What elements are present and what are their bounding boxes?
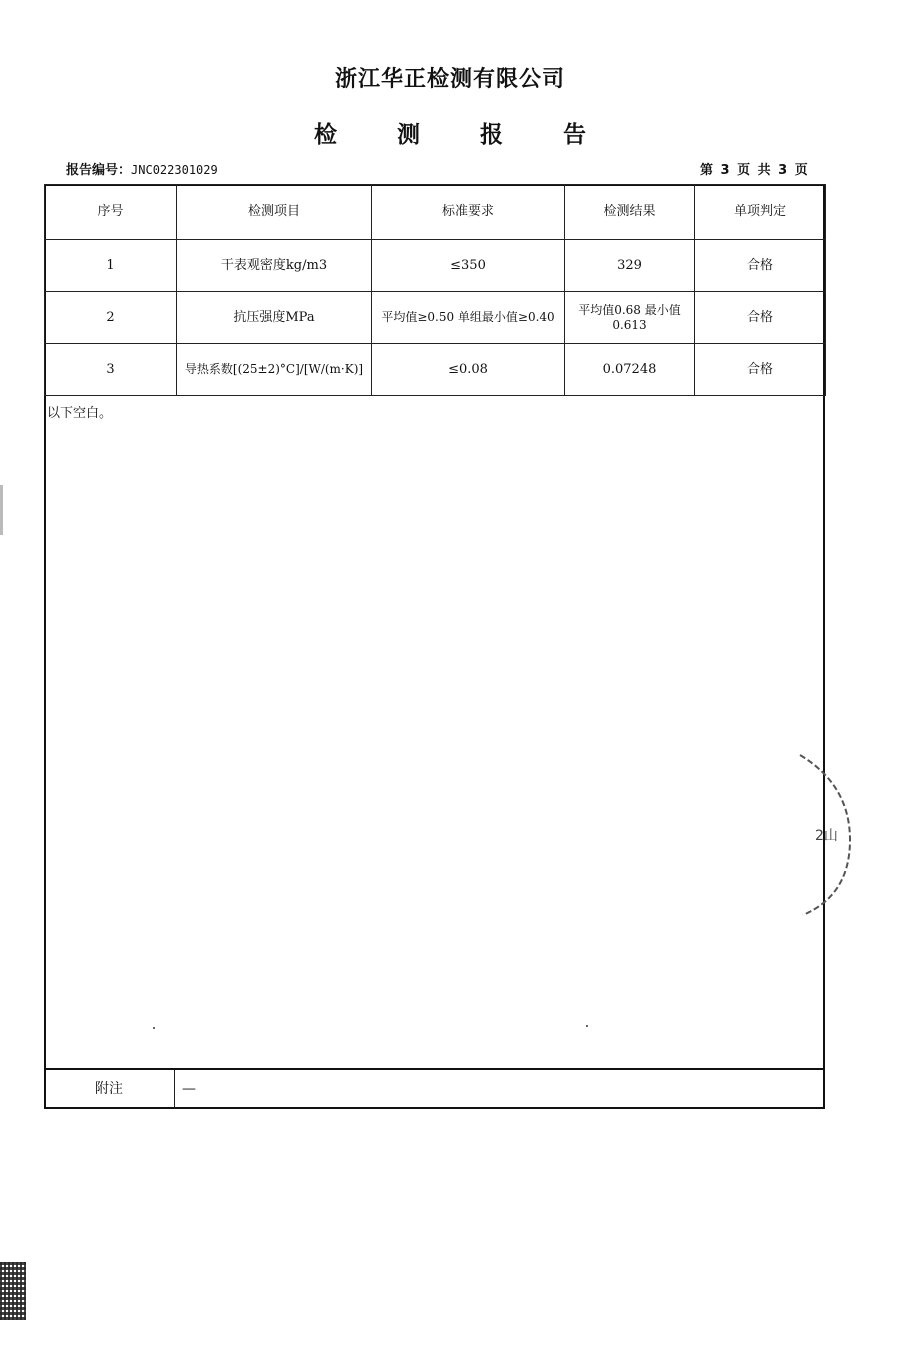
title-char: 告 bbox=[563, 116, 586, 149]
scan-edge-mark bbox=[0, 485, 3, 535]
results-table: 序号 检测项目 标准要求 检测结果 单项判定 1 干表观密度kg/m3 ≤350… bbox=[44, 184, 826, 396]
col-header-no: 序号 bbox=[45, 185, 177, 240]
cell-judgement: 合格 bbox=[695, 240, 826, 292]
cell-no: 2 bbox=[45, 292, 177, 344]
remarks-value: — bbox=[182, 1070, 196, 1109]
table-row: 3 导热系数[(25±2)°C]/[W/(m·K)] ≤0.08 0.07248… bbox=[45, 344, 826, 396]
cell-judgement: 合格 bbox=[695, 344, 826, 396]
cell-requirement: ≤350 bbox=[372, 240, 565, 292]
cell-judgement: 合格 bbox=[695, 292, 826, 344]
table-row: 2 抗压强度MPa 平均值≥0.50 单组最小值≥0.40 平均值0.68 最小… bbox=[45, 292, 826, 344]
qr-code-icon bbox=[0, 1262, 26, 1320]
page-info: 第 3 页 共 3 页 bbox=[700, 159, 808, 178]
col-header-judgement: 单项判定 bbox=[695, 185, 826, 240]
cell-item: 抗压强度MPa bbox=[177, 292, 372, 344]
table-row: 1 干表观密度kg/m3 ≤350 329 合格 bbox=[45, 240, 826, 292]
cell-item: 导热系数[(25±2)°C]/[W/(m·K)] bbox=[177, 344, 372, 396]
report-title: 检测报告 bbox=[0, 116, 900, 149]
remarks-label: 附注 bbox=[44, 1070, 175, 1109]
svg-text:2山: 2山 bbox=[815, 828, 838, 844]
cell-requirement: ≤0.08 bbox=[372, 344, 565, 396]
title-char: 检 bbox=[314, 116, 337, 149]
report-number-value: JNC022301029 bbox=[131, 163, 218, 177]
cell-result: 平均值0.68 最小值0.613 bbox=[565, 292, 695, 344]
report-number-label: 报告编号： bbox=[66, 163, 131, 178]
company-name: 浙江华正检测有限公司 bbox=[0, 62, 900, 93]
blank-below-note: 以下空白。 bbox=[47, 402, 112, 421]
col-header-requirement: 标准要求 bbox=[372, 185, 565, 240]
scan-speck bbox=[153, 1027, 155, 1029]
title-char: 报 bbox=[480, 116, 503, 149]
remarks-row: 附注 — bbox=[44, 1068, 825, 1109]
cell-requirement: 平均值≥0.50 单组最小值≥0.40 bbox=[372, 292, 565, 344]
table-header-row: 序号 检测项目 标准要求 检测结果 单项判定 bbox=[45, 185, 826, 240]
cell-result: 0.07248 bbox=[565, 344, 695, 396]
cell-result: 329 bbox=[565, 240, 695, 292]
title-char: 测 bbox=[397, 116, 420, 149]
cell-no: 1 bbox=[45, 240, 177, 292]
scan-speck bbox=[586, 1025, 588, 1027]
report-number: 报告编号：JNC022301029 bbox=[66, 159, 218, 178]
seal-stamp-icon: 2山 bbox=[795, 745, 865, 920]
cell-no: 3 bbox=[45, 344, 177, 396]
col-header-item: 检测项目 bbox=[177, 185, 372, 240]
col-header-result: 检测结果 bbox=[565, 185, 695, 240]
cell-item: 干表观密度kg/m3 bbox=[177, 240, 372, 292]
